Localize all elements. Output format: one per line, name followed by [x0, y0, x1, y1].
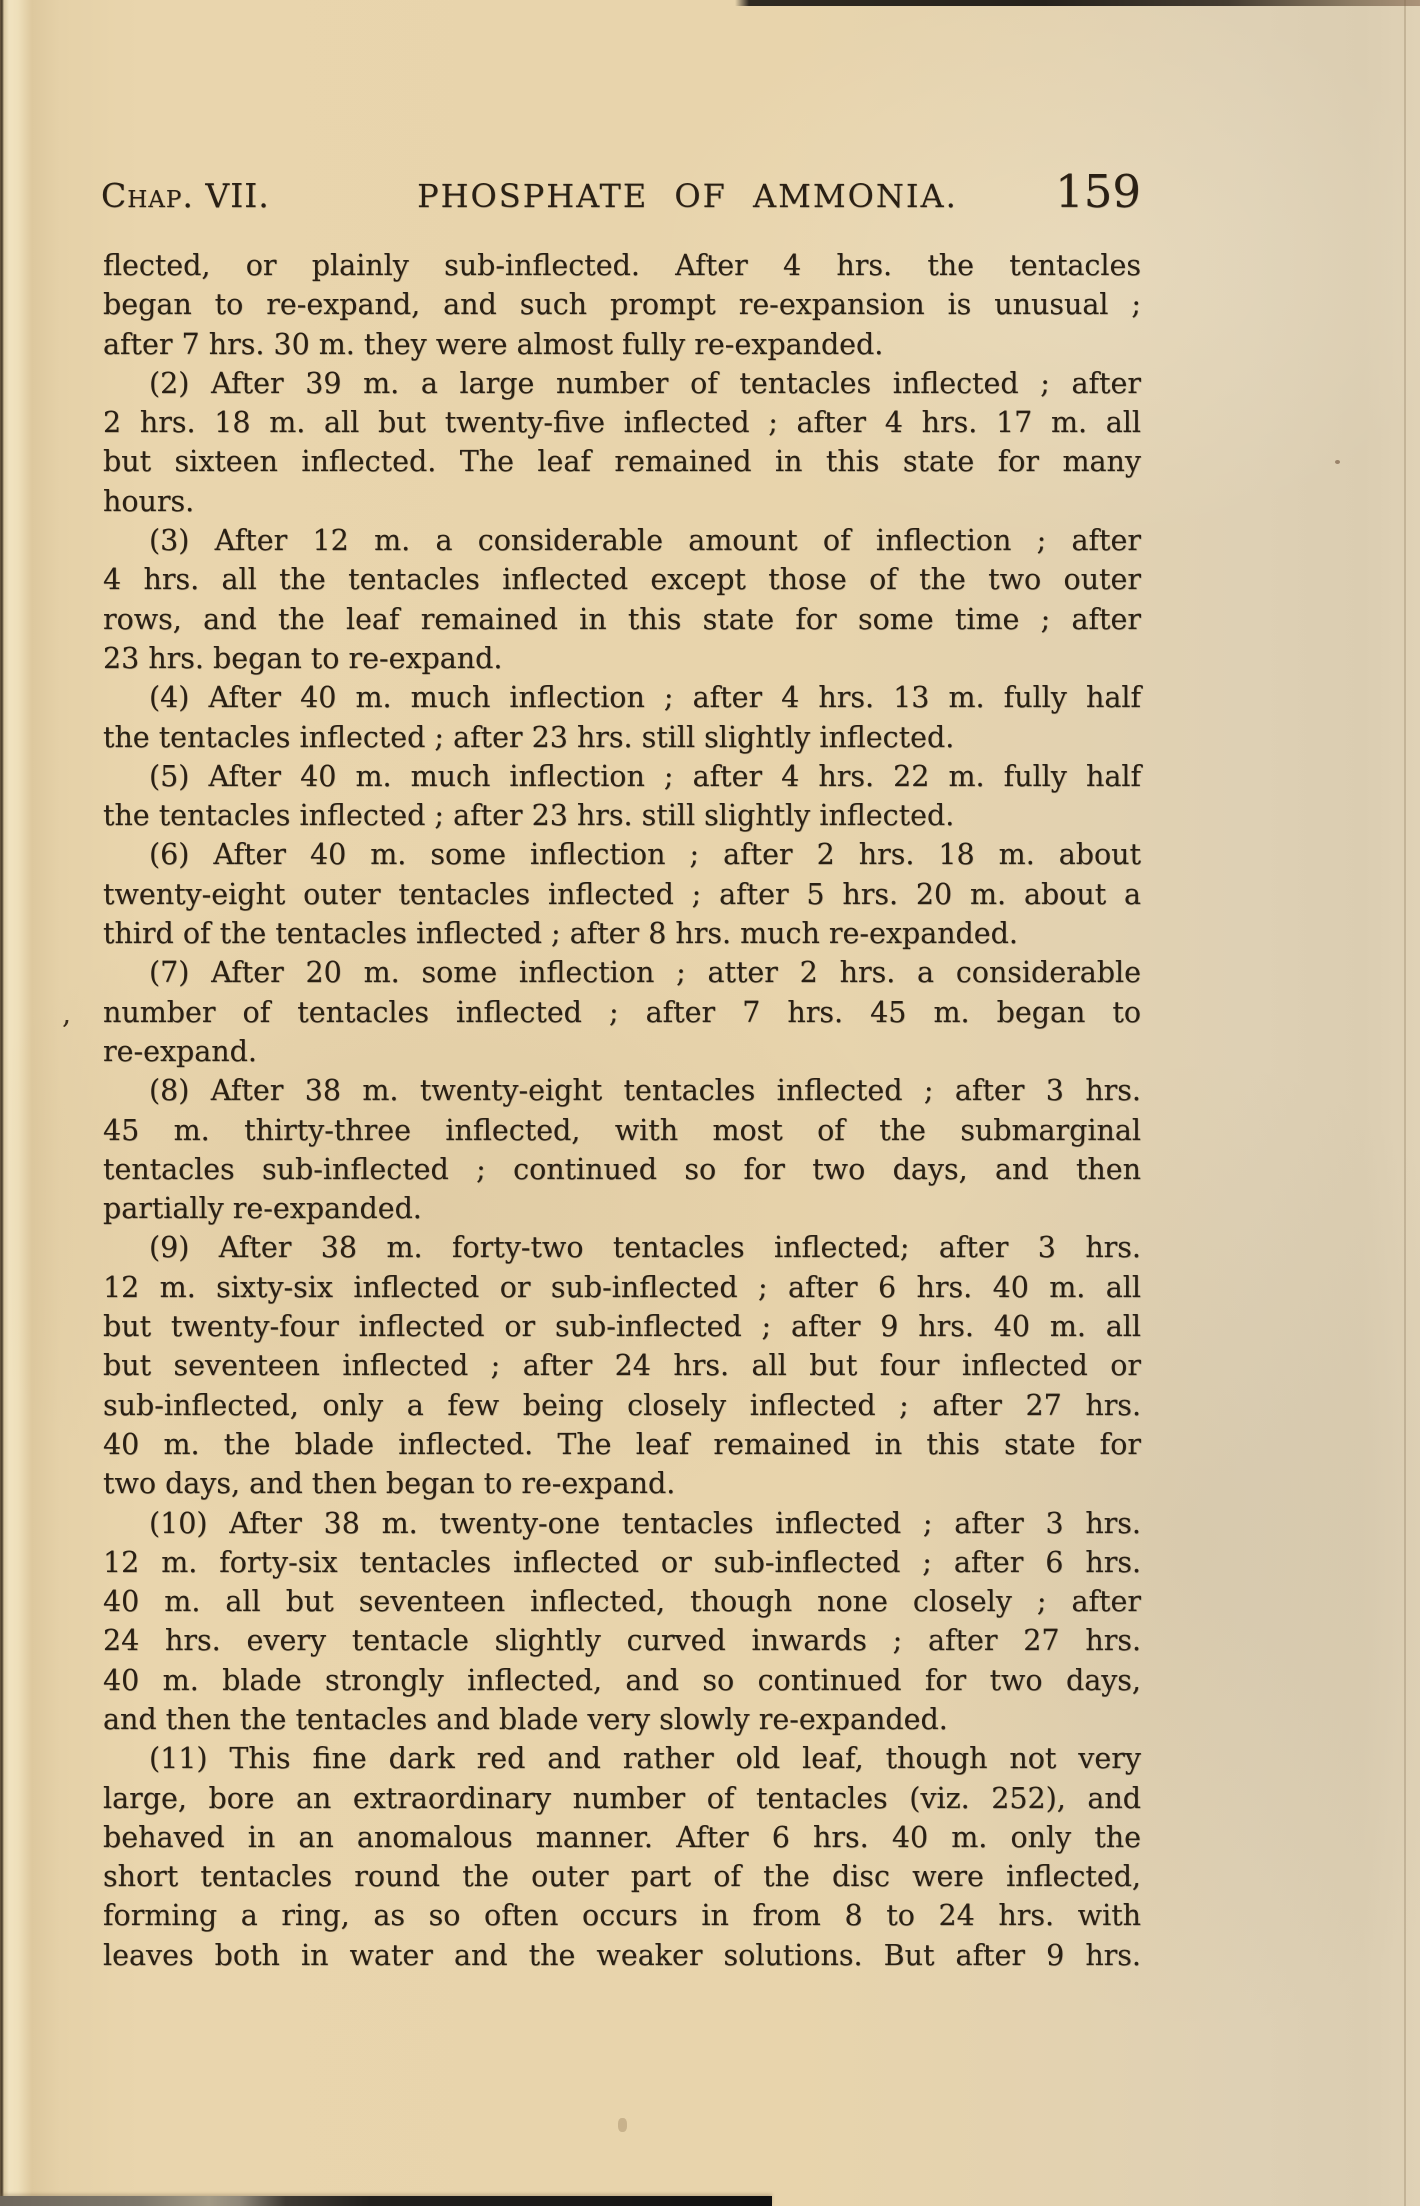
- text-line: tentacles sub-inflected ; continued so f…: [103, 1150, 1141, 1189]
- text-line: rows, and the leaf remained in this stat…: [103, 600, 1141, 639]
- text-line: short tentacles round the outer part of …: [103, 1857, 1141, 1896]
- book-page: { "colors": { "paper": "#e8d4ac", "ink":…: [0, 0, 1420, 2206]
- text-line: partially re-expanded.: [103, 1189, 1141, 1228]
- text-line: after 7 hrs. 30 m. they were almost full…: [103, 325, 1141, 364]
- running-head: Chap. VII. PHOSPHATE OF AMMONIA. 159: [101, 165, 1141, 218]
- text-line: (4) After 40 m. much inflection ; after …: [103, 678, 1141, 717]
- text-line: the tentacles inflected ; after 23 hrs. …: [103, 796, 1141, 835]
- page-title: PHOSPHATE OF AMMONIA.: [417, 177, 958, 215]
- text-line: 12 m. sixty-six inflected or sub-inflect…: [103, 1268, 1141, 1307]
- text-line: re-expand.: [103, 1032, 1141, 1071]
- text-line: (11) This fine dark red and rather old l…: [103, 1739, 1141, 1778]
- text-line: and then the tentacles and blade very sl…: [103, 1700, 1141, 1739]
- text-line: third of the tentacles inflected ; after…: [103, 914, 1141, 953]
- body-text: flected, or plainly sub-inflected. After…: [103, 246, 1141, 1975]
- scan-edge-top-strip: [735, 0, 1420, 6]
- text-line: (3) After 12 m. a considerable amount of…: [103, 521, 1141, 560]
- text-line: the tentacles inflected ; after 23 hrs. …: [103, 718, 1141, 757]
- page-number: 159: [1055, 165, 1141, 218]
- text-line: leaves both in water and the weaker solu…: [103, 1936, 1141, 1975]
- text-line: but sixteen inflected. The leaf remained…: [103, 442, 1141, 481]
- text-line: 4 hrs. all the tentacles inflected excep…: [103, 560, 1141, 599]
- page-edge-line: [1404, 0, 1406, 2206]
- paper-speck: [1335, 460, 1340, 464]
- text-line: began to re-expand, and such prompt re-e…: [103, 285, 1141, 324]
- text-line: 2 hrs. 18 m. all but twenty-five inflect…: [103, 403, 1141, 442]
- text-line: large, bore an extraordinary number of t…: [103, 1779, 1141, 1818]
- text-line: (9) After 38 m. forty-two tentacles infl…: [103, 1228, 1141, 1267]
- text-line: (8) After 38 m. twenty-eight tentacles i…: [103, 1071, 1141, 1110]
- text-line: but twenty-four inflected or sub-inflect…: [103, 1307, 1141, 1346]
- text-line: (6) After 40 m. some inflection ; after …: [103, 835, 1141, 874]
- text-line: (5) After 40 m. much inflection ; after …: [103, 757, 1141, 796]
- text-line: (2) After 39 m. a large number of tentac…: [103, 364, 1141, 403]
- text-line: 40 m. blade strongly inflected, and so c…: [103, 1661, 1141, 1700]
- chapter-label: Chap. VII.: [101, 176, 270, 215]
- text-line: hours.: [103, 482, 1141, 521]
- text-line: twenty-eight outer tentacles inflected ;…: [103, 875, 1141, 914]
- text-line: 40 m. the blade inflected. The leaf rema…: [103, 1425, 1141, 1464]
- text-line: 45 m. thirty-three inflected, with most …: [103, 1111, 1141, 1150]
- text-line: flected, or plainly sub-inflected. After…: [103, 246, 1141, 285]
- text-line: (10) After 38 m. twenty-one tentacles in…: [103, 1504, 1141, 1543]
- text-line: number of tentacles inflected ; after 7 …: [103, 993, 1141, 1032]
- text-line: (7) After 20 m. some inflection ; atter …: [103, 953, 1141, 992]
- text-line: behaved in an anomalous manner. After 6 …: [103, 1818, 1141, 1857]
- text-line: 12 m. forty-six tentacles inflected or s…: [103, 1543, 1141, 1582]
- scan-edge-bottom-strip: [0, 2196, 772, 2206]
- stray-comma-artifact: ,: [62, 996, 71, 1030]
- text-line: 40 m. all but seventeen inflected, thoug…: [103, 1582, 1141, 1621]
- text-line: 24 hrs. every tentacle slightly curved i…: [103, 1621, 1141, 1660]
- text-line: sub-inflected, only a few being closely …: [103, 1386, 1141, 1425]
- text-line: two days, and then began to re-expand.: [103, 1464, 1141, 1503]
- text-line: forming a ring, as so often occurs in fr…: [103, 1896, 1141, 1935]
- paper-speck: [618, 2118, 627, 2132]
- text-line: 23 hrs. began to re-expand.: [103, 639, 1141, 678]
- text-line: but seventeen inflected ; after 24 hrs. …: [103, 1346, 1141, 1385]
